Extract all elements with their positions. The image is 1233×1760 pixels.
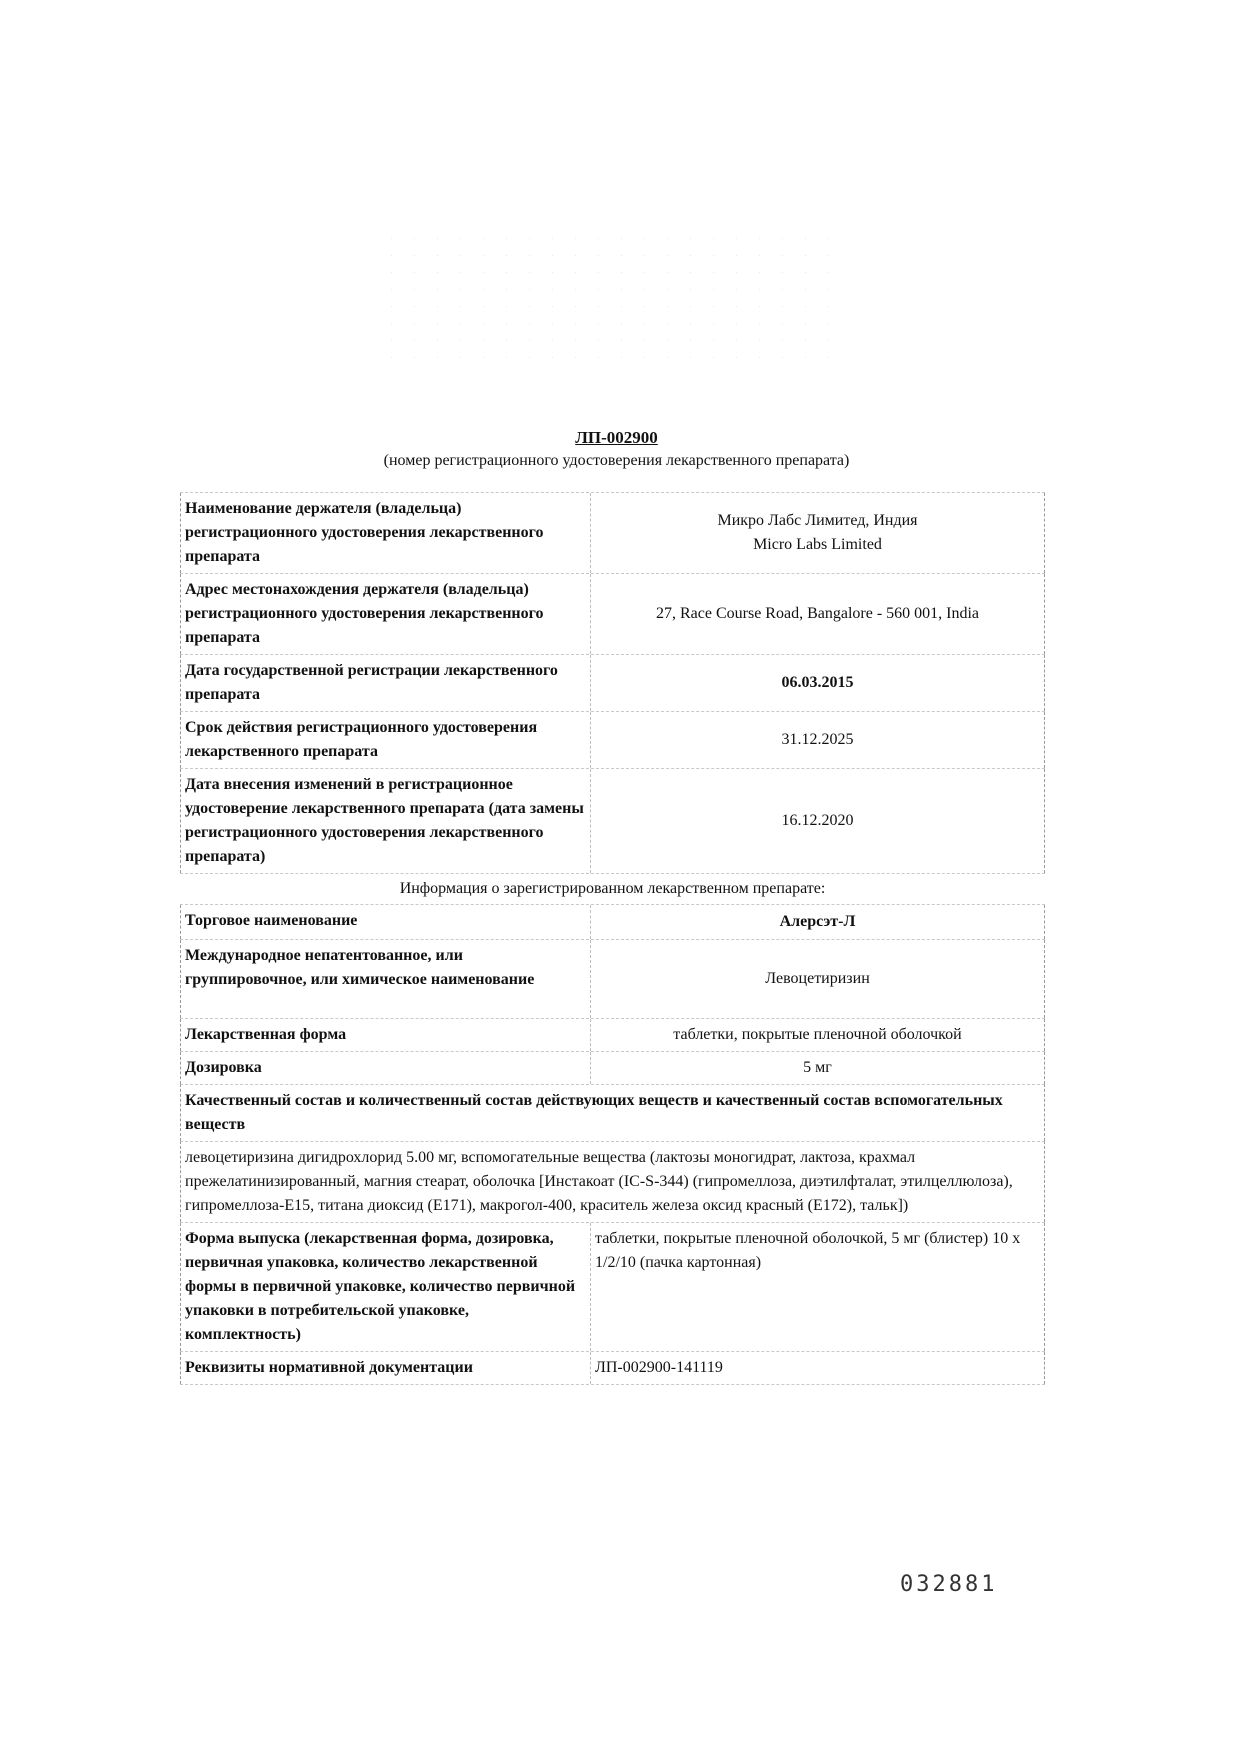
- row-value: ЛП-002900-141119: [590, 1352, 1045, 1384]
- row-label: Реквизиты нормативной документации: [180, 1352, 590, 1384]
- row-inn: Международное непатентованное, или групп…: [180, 939, 1045, 1018]
- row-value: таблетки, покрытые пленочной оболочкой: [590, 1019, 1045, 1051]
- row-change-date: Дата внесения изменений в регистрационно…: [180, 768, 1045, 873]
- row-dosage: Дозировка 5 мг: [180, 1051, 1045, 1084]
- value-line: 16.12.2020: [782, 809, 854, 833]
- row-label: Срок действия регистрационного удостовер…: [180, 712, 590, 768]
- table-bottom-border: [180, 1384, 1045, 1386]
- value-line: Микро Лабс Лимитед, Индия: [717, 509, 917, 533]
- value-line: 06.03.2015: [782, 671, 854, 695]
- row-label: Дата государственной регистрации лекарст…: [180, 655, 590, 711]
- row-validity: Срок действия регистрационного удостовер…: [180, 711, 1045, 768]
- row-value: таблетки, покрытые пленочной оболочкой, …: [590, 1223, 1045, 1351]
- row-value: Левоцетиризин: [590, 940, 1045, 1018]
- composition-heading: Качественный состав и количественный сос…: [180, 1084, 1045, 1141]
- row-value: Алерсэт-Л: [590, 905, 1045, 939]
- row-holder-name: Наименование держателя (владельца) регис…: [180, 492, 1045, 573]
- row-label: Дата внесения изменений в регистрационно…: [180, 769, 590, 873]
- row-label: Международное непатентованное, или групп…: [180, 940, 590, 1018]
- row-value: Микро Лабс Лимитед, Индия Micro Labs Lim…: [590, 493, 1045, 573]
- row-label: Наименование держателя (владельца) регис…: [180, 493, 590, 573]
- value-line: Micro Labs Limited: [753, 533, 882, 557]
- composition-text: левоцетиризина дигидрохлорид 5.00 мг, вс…: [180, 1141, 1045, 1222]
- row-value: 06.03.2015: [590, 655, 1045, 711]
- row-value: 31.12.2025: [590, 712, 1045, 768]
- row-label: Форма выпуска (лекарственная форма, дози…: [180, 1223, 590, 1351]
- row-label: Адрес местонахождения держателя (владель…: [180, 574, 590, 654]
- row-label: Дозировка: [180, 1052, 590, 1084]
- row-dosage-form: Лекарственная форма таблетки, покрытые п…: [180, 1018, 1045, 1051]
- row-value: 16.12.2020: [590, 769, 1045, 873]
- row-label: Лекарственная форма: [180, 1019, 590, 1051]
- row-registration-date: Дата государственной регистрации лекарст…: [180, 654, 1045, 711]
- row-trade-name: Торговое наименование Алерсэт-Л: [180, 904, 1045, 939]
- row-label: Торговое наименование: [180, 905, 590, 939]
- row-holder-address: Адрес местонахождения держателя (владель…: [180, 573, 1045, 654]
- row-normative-docs: Реквизиты нормативной документации ЛП-00…: [180, 1351, 1045, 1384]
- registration-table: Наименование держателя (владельца) регис…: [180, 492, 1045, 1386]
- value-line: 31.12.2025: [782, 728, 854, 752]
- registration-number: ЛП-002900: [0, 428, 1233, 448]
- row-value: 27, Race Course Road, Bangalore - 560 00…: [590, 574, 1045, 654]
- section-title: Информация о зарегистрированном лекарств…: [180, 873, 1045, 904]
- row-release-form: Форма выпуска (лекарственная форма, дози…: [180, 1222, 1045, 1351]
- row-value: 5 мг: [590, 1052, 1045, 1084]
- stamp-number: 032881: [900, 1572, 997, 1597]
- registration-caption: (номер регистрационного удостоверения ле…: [0, 452, 1233, 470]
- scan-noise: [380, 230, 840, 370]
- value-line: 27, Race Course Road, Bangalore - 560 00…: [656, 602, 979, 626]
